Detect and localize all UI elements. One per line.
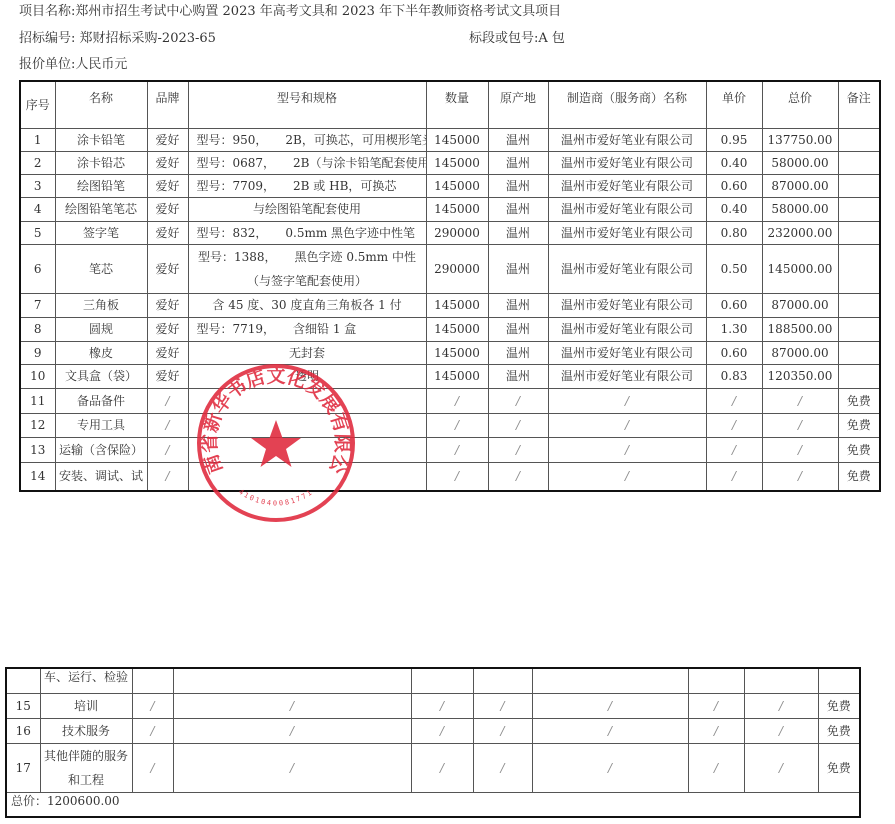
column-header-no: 序号: [20, 81, 55, 128]
cell-unit-price: 0.60: [706, 341, 762, 364]
cell-origin: 温州: [488, 174, 548, 197]
cell-spec: 无封套: [188, 341, 426, 364]
cell-total: 87000.00: [762, 174, 838, 197]
cell-maker: /: [532, 718, 688, 743]
cell-brand: 爱好: [147, 244, 188, 293]
column-header-brand: 品牌: [147, 81, 188, 128]
cell-brand: 爱好: [147, 341, 188, 364]
cell-total: 232000.00: [762, 221, 838, 244]
cell-unit-price: [688, 668, 744, 693]
table-row: 13运输（含保险）//////免费: [20, 437, 880, 462]
cell-maker: /: [548, 388, 706, 413]
cell-qty: /: [426, 462, 488, 491]
cell-qty: 145000: [426, 341, 488, 364]
cell-qty: 145000: [426, 317, 488, 341]
cell-note: 免费: [838, 413, 880, 437]
cell-total: 58000.00: [762, 197, 838, 221]
cell-origin: /: [473, 693, 532, 718]
cell-unit-price: /: [688, 693, 744, 718]
cell-qty: 290000: [426, 221, 488, 244]
cell-qty: 290000: [426, 244, 488, 293]
cell-unit-price: 1.30: [706, 317, 762, 341]
cell-note: [838, 221, 880, 244]
cell-spec: /: [173, 693, 411, 718]
tender-number-label: 招标编号:: [19, 31, 75, 46]
cell-brand: 爱好: [147, 174, 188, 197]
cell-note: 免费: [838, 462, 880, 491]
cell-spec: 型号：1388， 黑色字迹 0.5mm 中性（与签字笔配套使用）: [188, 244, 426, 293]
cell-note: [838, 317, 880, 341]
cell-origin: 温州: [488, 151, 548, 174]
column-header-origin: 原产地: [488, 81, 548, 128]
cell-note: [838, 128, 880, 151]
cell-unit-price: /: [688, 718, 744, 743]
cell-maker: /: [548, 437, 706, 462]
cell-no: 10: [20, 364, 55, 388]
cell-note: [838, 341, 880, 364]
cell-unit-price: 0.50: [706, 244, 762, 293]
cell-name: 安装、调试、试: [55, 462, 147, 491]
cell-spec: [188, 413, 426, 437]
cell-maker: 温州市爱好笔业有限公司: [548, 317, 706, 341]
cell-origin: 温州: [488, 317, 548, 341]
table-row: 8圆规爱好型号：7719， 含细铅 1 盒145000温州温州市爱好笔业有限公司…: [20, 317, 880, 341]
cell-maker: 温州市爱好笔业有限公司: [548, 128, 706, 151]
cell-qty: [411, 668, 473, 693]
cell-origin: /: [473, 743, 532, 792]
cell-qty: /: [426, 388, 488, 413]
grand-total-value: 1200600.00: [47, 794, 120, 808]
cell-maker: 温州市爱好笔业有限公司: [548, 244, 706, 293]
cell-qty: /: [426, 437, 488, 462]
cell-total: /: [762, 462, 838, 491]
cell-origin: 温州: [488, 128, 548, 151]
cell-name: 技术服务: [40, 718, 132, 743]
cell-total: 145000.00: [762, 244, 838, 293]
cell-brand: /: [147, 437, 188, 462]
cell-no: 8: [20, 317, 55, 341]
cell-spec: 型号：832， 0.5mm 黑色字迹中性笔: [188, 221, 426, 244]
cell-name: 其他伴随的服务和工程: [40, 743, 132, 792]
cell-origin: 温州: [488, 197, 548, 221]
cell-qty: 145000: [426, 151, 488, 174]
cell-name: 三角板: [55, 293, 147, 317]
cell-spec: [188, 462, 426, 491]
cell-origin: 温州: [488, 221, 548, 244]
cell-maker: /: [532, 693, 688, 718]
table-row: 14安装、调试、试//////免费: [20, 462, 880, 491]
currency-label: 报价单位:: [19, 57, 75, 72]
table-row: 17其他伴随的服务和工程///////免费: [6, 743, 860, 792]
cell-name: 专用工具: [55, 413, 147, 437]
cell-brand: /: [132, 693, 173, 718]
cell-name: 涂卡铅笔: [55, 128, 147, 151]
cell-unit-price: /: [688, 743, 744, 792]
cell-qty: 145000: [426, 364, 488, 388]
cell-origin: /: [473, 718, 532, 743]
currency-line: 报价单位:人民币元: [19, 57, 127, 73]
column-header-note: 备注: [838, 81, 880, 128]
cell-no: 1: [20, 128, 55, 151]
cell-no: 6: [20, 244, 55, 293]
cell-spec: 与绘图铅笔配套使用: [188, 197, 426, 221]
cell-brand: 爱好: [147, 128, 188, 151]
cell-total: 120350.00: [762, 364, 838, 388]
cell-unit-price: 0.60: [706, 293, 762, 317]
cell-spec: /: [173, 718, 411, 743]
cell-name: 备品备件: [55, 388, 147, 413]
cell-unit-price: /: [706, 437, 762, 462]
cell-qty: 145000: [426, 293, 488, 317]
cell-origin: [473, 668, 532, 693]
grand-total-row: 总价：1200600.00: [6, 792, 860, 817]
cell-no: 3: [20, 174, 55, 197]
cell-brand: /: [147, 388, 188, 413]
cell-total: 58000.00: [762, 151, 838, 174]
cell-unit-price: 0.95: [706, 128, 762, 151]
table-row: 5签字笔爱好型号：832， 0.5mm 黑色字迹中性笔290000温州温州市爱好…: [20, 221, 880, 244]
cell-no: [6, 668, 40, 693]
cell-spec: 型号：0687， 2B（与涂卡铅笔配套使用）: [188, 151, 426, 174]
cell-spec: [188, 388, 426, 413]
cell-unit-price: 0.60: [706, 174, 762, 197]
cell-note: 免费: [818, 743, 860, 792]
cell-no: 9: [20, 341, 55, 364]
cell-note: 免费: [838, 388, 880, 413]
tender-number: 郑财招标采购-2023-65: [80, 31, 216, 46]
cell-maker: [532, 668, 688, 693]
quote-table-continued: 车、运行、检验15培训///////免费16技术服务///////免费17其他伴…: [5, 667, 861, 818]
column-header-maker: 制造商（服务商）名称: [548, 81, 706, 128]
cell-qty: /: [411, 718, 473, 743]
cell-note: [838, 174, 880, 197]
cell-unit-price: 0.83: [706, 364, 762, 388]
cell-no: 12: [20, 413, 55, 437]
cell-qty: 145000: [426, 128, 488, 151]
cell-note: [838, 197, 880, 221]
cell-unit-price: 0.80: [706, 221, 762, 244]
cell-no: 7: [20, 293, 55, 317]
column-header-unit-price: 单价: [706, 81, 762, 128]
table-row: 9橡皮爱好无封套145000温州温州市爱好笔业有限公司0.6087000.00: [20, 341, 880, 364]
cell-spec: [173, 668, 411, 693]
table-row: 4绘图铅笔笔芯爱好与绘图铅笔配套使用145000温州温州市爱好笔业有限公司0.4…: [20, 197, 880, 221]
cell-spec: [188, 437, 426, 462]
cell-qty: /: [411, 743, 473, 792]
cell-origin: 温州: [488, 293, 548, 317]
cell-qty: 145000: [426, 174, 488, 197]
cell-name: 笔芯: [55, 244, 147, 293]
cell-total: /: [744, 743, 818, 792]
column-header-total: 总价: [762, 81, 838, 128]
cell-name: 签字笔: [55, 221, 147, 244]
cell-note: [838, 244, 880, 293]
cell-name: 橡皮: [55, 341, 147, 364]
cell-brand: 爱好: [147, 293, 188, 317]
cell-qty: /: [411, 693, 473, 718]
cell-origin: /: [488, 437, 548, 462]
cell-no: 15: [6, 693, 40, 718]
cell-maker: 温州市爱好笔业有限公司: [548, 174, 706, 197]
cell-brand: [132, 668, 173, 693]
cell-maker: 温州市爱好笔业有限公司: [548, 341, 706, 364]
table-row: 10文具盒（袋）爱好透明145000温州温州市爱好笔业有限公司0.8312035…: [20, 364, 880, 388]
cell-total: 188500.00: [762, 317, 838, 341]
cell-no: 17: [6, 743, 40, 792]
cell-maker: 温州市爱好笔业有限公司: [548, 293, 706, 317]
project-name-line: 项目名称:郑州市招生考试中心购置 2023 年高考文具和 2023 年下半年教师…: [19, 4, 561, 20]
cell-brand: 爱好: [147, 151, 188, 174]
cell-brand: /: [132, 718, 173, 743]
lot-line: 标段或包号:A 包: [469, 31, 565, 47]
cell-spec: /: [173, 743, 411, 792]
cell-brand: /: [147, 462, 188, 491]
table-row: 11备品备件//////免费: [20, 388, 880, 413]
cell-unit-price: 0.40: [706, 151, 762, 174]
table-row: 2涂卡铅芯爱好型号：0687， 2B（与涂卡铅笔配套使用）145000温州温州市…: [20, 151, 880, 174]
cell-brand: 爱好: [147, 197, 188, 221]
cell-origin: /: [488, 388, 548, 413]
table-row: 16技术服务///////免费: [6, 718, 860, 743]
cell-no: 13: [20, 437, 55, 462]
column-header-qty: 数量: [426, 81, 488, 128]
grand-total-label: 总价：: [11, 794, 47, 808]
cell-origin: /: [488, 413, 548, 437]
cell-maker: /: [532, 743, 688, 792]
cell-total: /: [744, 693, 818, 718]
cell-name: 绘图铅笔笔芯: [55, 197, 147, 221]
cell-total: 87000.00: [762, 293, 838, 317]
table-row: 6笔芯爱好型号：1388， 黑色字迹 0.5mm 中性（与签字笔配套使用）290…: [20, 244, 880, 293]
cell-note: [818, 668, 860, 693]
cell-total: /: [744, 718, 818, 743]
table-row: 车、运行、检验: [6, 668, 860, 693]
cell-no: 11: [20, 388, 55, 413]
table-row: 12专用工具//////免费: [20, 413, 880, 437]
cell-no: 16: [6, 718, 40, 743]
cell-note: [838, 293, 880, 317]
cell-total: 87000.00: [762, 341, 838, 364]
cell-brand: 爱好: [147, 221, 188, 244]
cell-spec: 型号：7719， 含细铅 1 盒: [188, 317, 426, 341]
quote-table: 序号名称品牌型号和规格数量原产地制造商（服务商）名称单价总价备注1涂卡铅笔爱好型…: [19, 80, 881, 492]
cell-spec: 型号：7709， 2B 或 HB，可换芯: [188, 174, 426, 197]
table-header-row: 序号名称品牌型号和规格数量原产地制造商（服务商）名称单价总价备注: [20, 81, 880, 128]
lot-label: 标段或包号:: [469, 31, 538, 46]
cell-maker: 温州市爱好笔业有限公司: [548, 364, 706, 388]
cell-no: 2: [20, 151, 55, 174]
project-name-label: 项目名称:: [19, 4, 75, 19]
cell-total: /: [762, 413, 838, 437]
lot-value: A 包: [538, 31, 565, 46]
cell-name: 培训: [40, 693, 132, 718]
table-row: 1涂卡铅笔爱好型号：950， 2B，可换芯，可用楔形笔头145000温州温州市爱…: [20, 128, 880, 151]
cell-maker: 温州市爱好笔业有限公司: [548, 221, 706, 244]
cell-total: /: [762, 388, 838, 413]
cell-note: 免费: [818, 693, 860, 718]
cell-qty: /: [426, 413, 488, 437]
cell-origin: 温州: [488, 364, 548, 388]
cell-brand: 爱好: [147, 364, 188, 388]
cell-origin: 温州: [488, 244, 548, 293]
cell-note: 免费: [838, 437, 880, 462]
cell-maker: /: [548, 462, 706, 491]
cell-no: 4: [20, 197, 55, 221]
cell-spec: 含 45 度、30 度直角三角板各 1 付: [188, 293, 426, 317]
project-name: 郑州市招生考试中心购置 2023 年高考文具和 2023 年下半年教师资格考试文…: [75, 4, 561, 19]
grand-total: 总价：1200600.00: [6, 792, 860, 817]
cell-unit-price: 0.40: [706, 197, 762, 221]
cell-maker: 温州市爱好笔业有限公司: [548, 151, 706, 174]
cell-name: 文具盒（袋）: [55, 364, 147, 388]
cell-name: 运输（含保险）: [55, 437, 147, 462]
cell-spec: 型号：950， 2B，可换芯，可用楔形笔头: [188, 128, 426, 151]
cell-unit-price: /: [706, 462, 762, 491]
cell-origin: /: [488, 462, 548, 491]
column-header-spec: 型号和规格: [188, 81, 426, 128]
cell-no: 5: [20, 221, 55, 244]
cell-name: 圆规: [55, 317, 147, 341]
table-row: 3绘图铅笔爱好型号：7709， 2B 或 HB，可换芯145000温州温州市爱好…: [20, 174, 880, 197]
cell-unit-price: /: [706, 388, 762, 413]
cell-total: [744, 668, 818, 693]
cell-name: 绘图铅笔: [55, 174, 147, 197]
cell-unit-price: /: [706, 413, 762, 437]
table-row: 7三角板爱好含 45 度、30 度直角三角板各 1 付145000温州温州市爱好…: [20, 293, 880, 317]
cell-brand: /: [147, 413, 188, 437]
cell-total: 137750.00: [762, 128, 838, 151]
cell-no: 14: [20, 462, 55, 491]
tender-number-line: 招标编号: 郑财招标采购-2023-65: [19, 31, 216, 47]
cell-brand: 爱好: [147, 317, 188, 341]
column-header-name: 名称: [55, 81, 147, 128]
cell-name: 车、运行、检验: [40, 668, 132, 693]
cell-note: [838, 364, 880, 388]
cell-note: [838, 151, 880, 174]
cell-origin: 温州: [488, 341, 548, 364]
cell-maker: /: [548, 413, 706, 437]
table-row: 15培训///////免费: [6, 693, 860, 718]
currency-value: 人民币元: [75, 57, 127, 72]
cell-note: 免费: [818, 718, 860, 743]
cell-spec: 透明: [188, 364, 426, 388]
cell-brand: /: [132, 743, 173, 792]
cell-qty: 145000: [426, 197, 488, 221]
cell-name: 涂卡铅芯: [55, 151, 147, 174]
cell-maker: 温州市爱好笔业有限公司: [548, 197, 706, 221]
cell-total: /: [762, 437, 838, 462]
